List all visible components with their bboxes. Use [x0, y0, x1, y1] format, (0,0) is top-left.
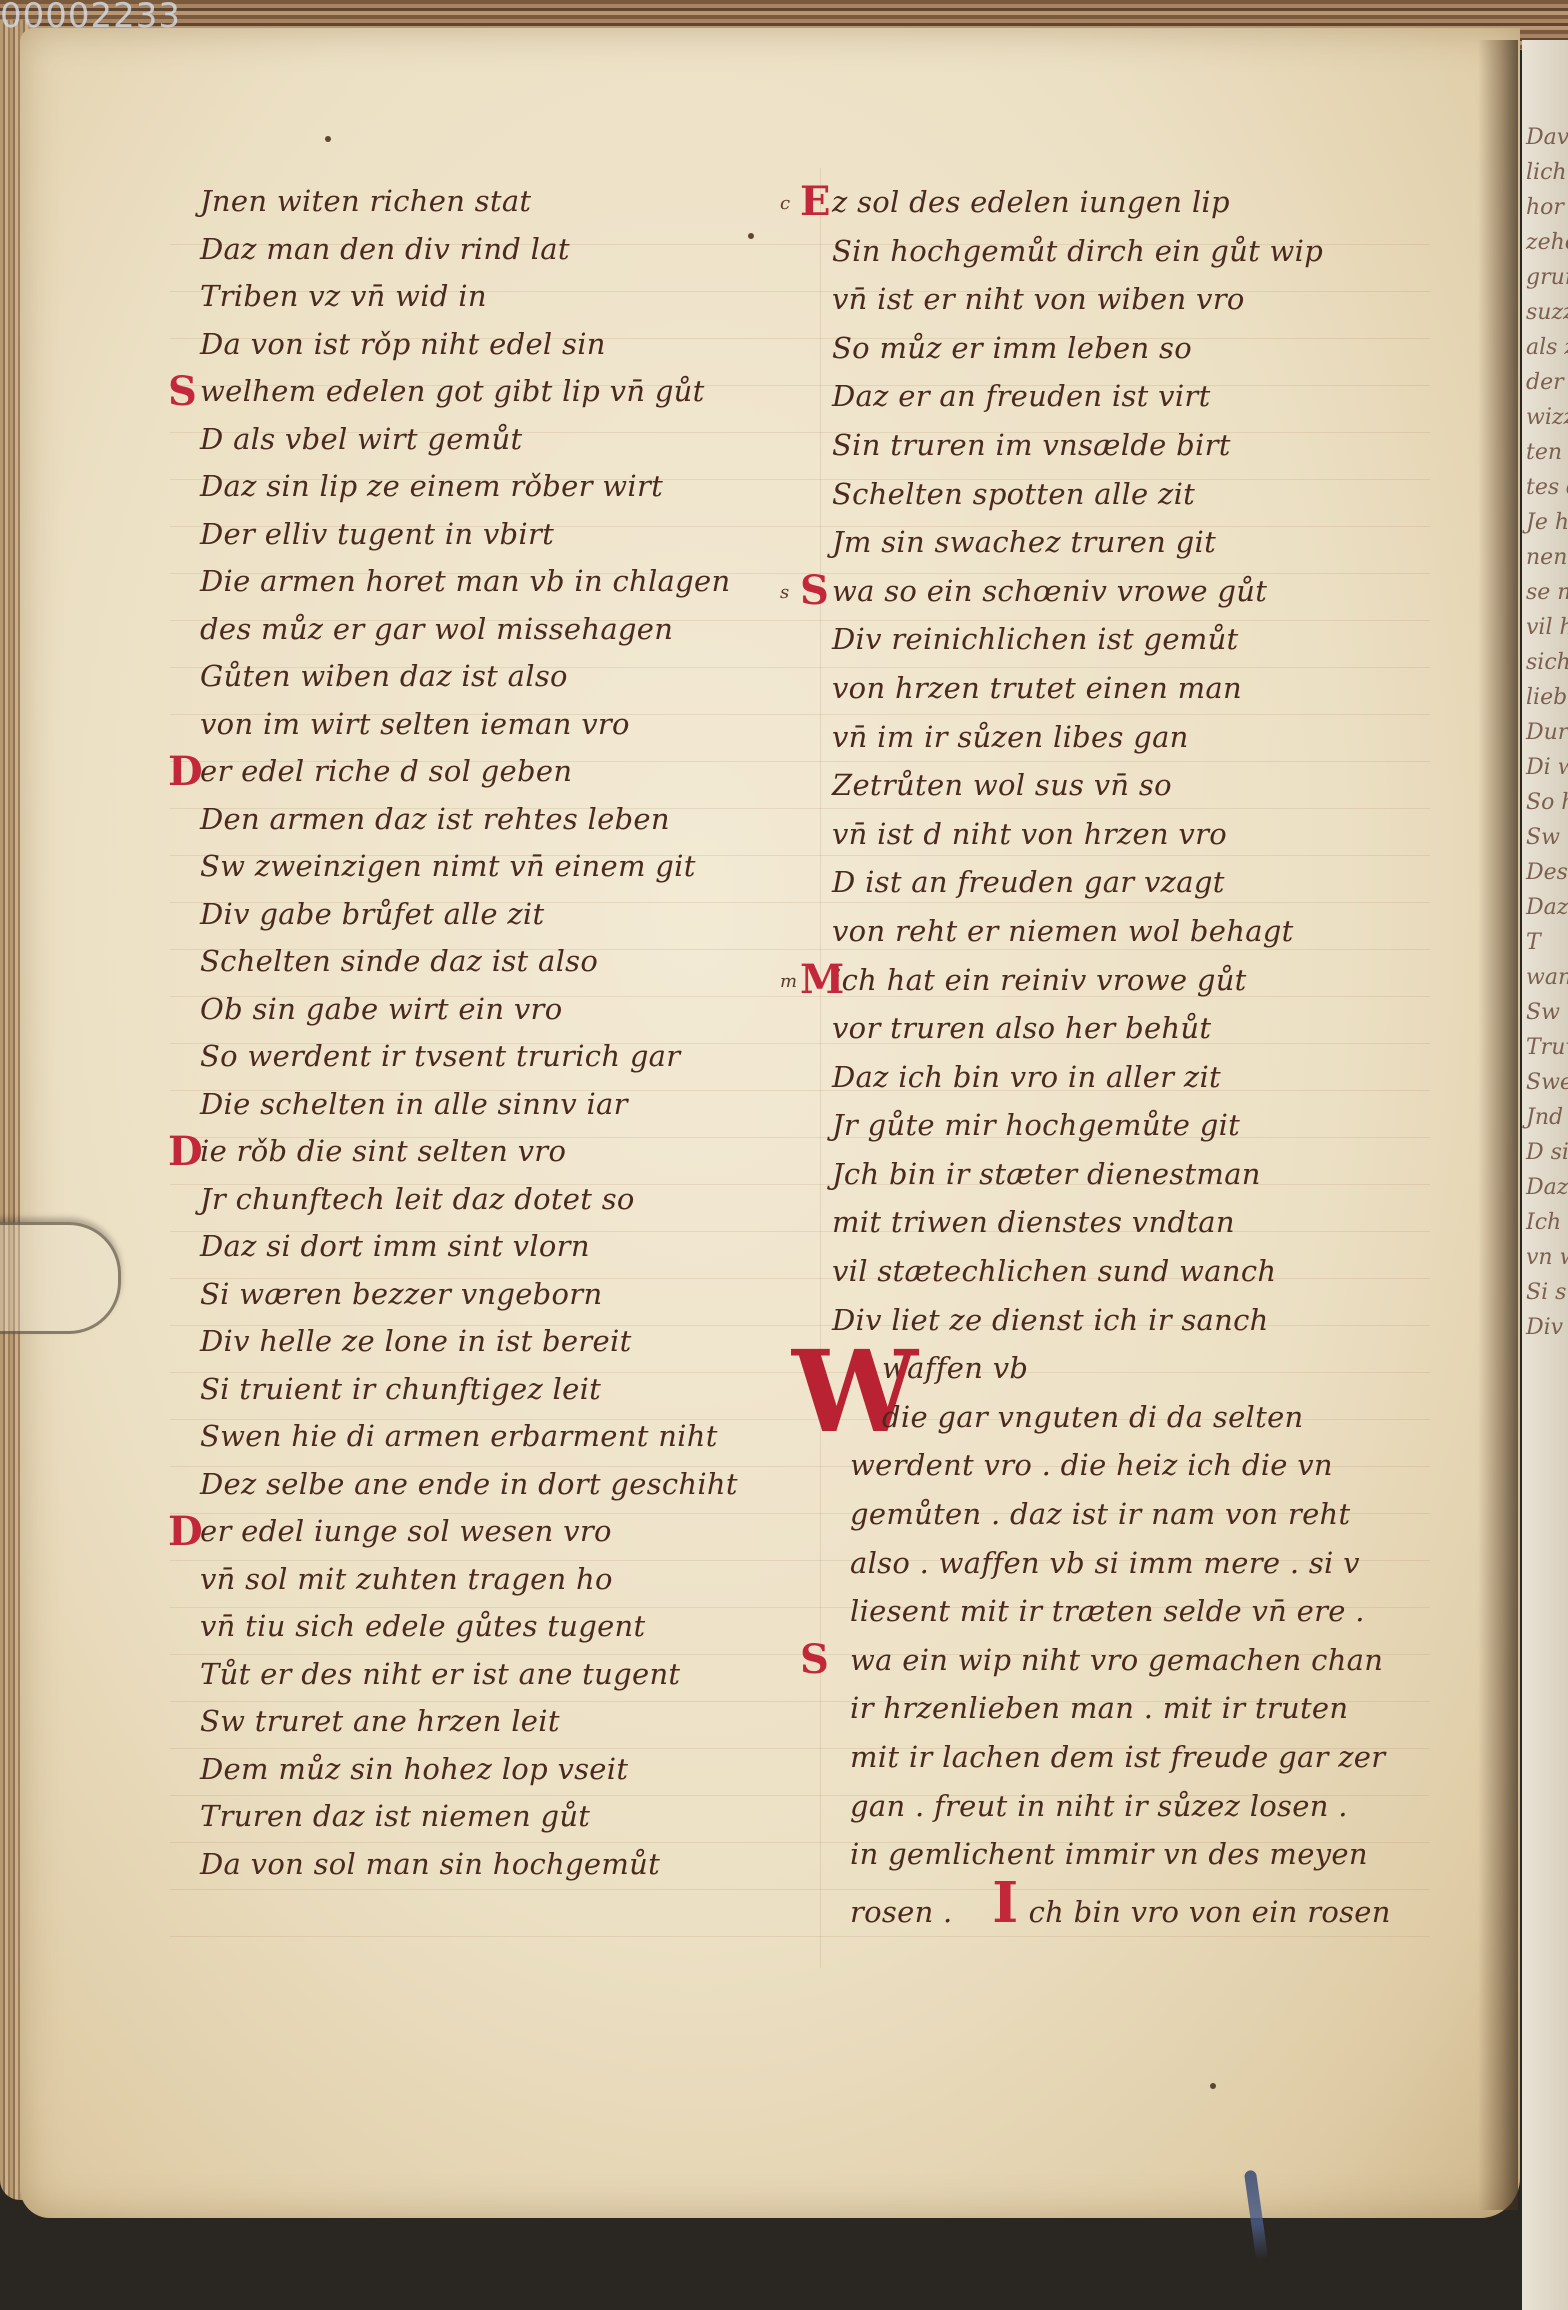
verse-text: Die schelten in alle sinnv iar [200, 1087, 628, 1121]
ink-speck [325, 136, 331, 142]
verse-line: D als vbel wirt gemůt [200, 416, 790, 464]
scan-image-number: 00002233 [0, 0, 181, 36]
verse-line: Da von ist rǒp niht edel sin [200, 321, 790, 369]
verse-text: wa so ein schœniv vrowe gůt [832, 574, 1267, 608]
verse-line: rosen . Ich bin vro von ein rosen [832, 1879, 1452, 1928]
gutter-shadow [1478, 40, 1518, 2210]
facing-page-fragment: suzz [1526, 295, 1568, 330]
verse-text: er edel iunge sol wesen vro [200, 1514, 612, 1548]
facing-page-fragment: wizze [1526, 400, 1568, 435]
verse-text: Daz er an freuden ist virt [832, 379, 1211, 413]
verse-line: Jm sin swachez truren git [832, 518, 1452, 567]
verse-text: Gůten wiben daz ist also [200, 659, 568, 693]
verse-line: So werdent ir tvsent trurich gar [200, 1033, 790, 1081]
verse-line: vn̄ tiu sich edele gůtes tugent [200, 1603, 790, 1651]
rubricated-initial: S [800, 567, 829, 616]
verse-text: ich hat ein reiniv vrowe gůt [832, 963, 1247, 997]
rubricated-initial: D [168, 1508, 203, 1556]
rubricated-initial: D [168, 748, 203, 796]
verse-line: Div gabe brůfet alle zit [200, 891, 790, 939]
verse-line: von im wirt selten ieman vro [200, 701, 790, 749]
verse-text: vn̄ tiu sich edele gůtes tugent [200, 1609, 646, 1643]
verse-text: Sw truret ane hrzen leit [200, 1704, 560, 1738]
facing-page-fragment: ten le [1526, 435, 1568, 470]
facing-page-fragment: zeho [1526, 225, 1568, 260]
verse-text: vor truren also her behůt [832, 1011, 1211, 1045]
verse-line: Daz man den div rind lat [200, 226, 790, 274]
verse-line: vil stætechlichen sund wanch [832, 1247, 1452, 1296]
rubricator-guide-letter: c [780, 180, 790, 229]
verse-line: Dez selbe ane ende in dort geschiht [200, 1461, 790, 1509]
verse-text: liesent mit ir træten selde vn̄ ere . [850, 1594, 1365, 1628]
facing-page-fragment: lich g [1526, 155, 1568, 190]
verse-line: D ist an freuden gar vzagt [832, 858, 1452, 907]
facing-page-fragment: Daz [1526, 1170, 1568, 1205]
verse-line: S welhem edelen got gibt lip vn̄ gůt [200, 368, 790, 416]
verse-text: werdent vro . die heiz ich die vn [850, 1448, 1333, 1482]
verse-line: Schelten spotten alle zit [832, 470, 1452, 519]
verse-line: vn̄ im ir sůzen libes gan [832, 713, 1452, 762]
verse-line: vor truren also her behůt [832, 1004, 1452, 1053]
verse-line: Jr gůte mir hochgemůte git [832, 1101, 1452, 1150]
verse-text: gan . freut in niht ir sůzez losen . [850, 1789, 1348, 1823]
verse-line: Swen hie di armen erbarment niht [200, 1413, 790, 1461]
verse-text: Jr chunftech leit daz dotet so [200, 1182, 635, 1216]
facing-page-fragment: vil h [1526, 610, 1568, 645]
verse-line: mit triwen dienstes vndtan [832, 1198, 1452, 1247]
verse-text: Truren daz ist niemen gůt [200, 1799, 590, 1833]
rubricator-guide-letter: m [780, 958, 797, 1007]
ink-speck [1210, 2083, 1216, 2089]
facing-page-fragment: lieb [1526, 680, 1568, 715]
verse-line: vn̄ sol mit zuhten tragen ho [200, 1556, 790, 1604]
verse-text: Schelten sinde daz ist also [200, 944, 598, 978]
verse-line: vn̄ ist er niht von wiben vro [832, 275, 1452, 324]
verse-line: Tůt er des niht er ist ane tugent [200, 1651, 790, 1699]
verse-text: ch bin vro von ein rosen [1029, 1895, 1391, 1929]
verse-text: Tůt er des niht er ist ane tugent [200, 1657, 680, 1691]
verse-text: von im wirt selten ieman vro [200, 707, 630, 741]
facing-page-fragment: Di w [1526, 750, 1568, 785]
verse-text: Der elliv tugent in vbirt [200, 517, 554, 551]
verse-line: die gar vnguten di da selten [832, 1393, 1452, 1442]
verse-line: Daz ich bin vro in aller zit [832, 1053, 1452, 1102]
rubricated-initial: S [168, 368, 197, 416]
verse-text: Si truient ir chunftigez leit [200, 1372, 601, 1406]
verse-text: ie rǒb die sint selten vro [200, 1134, 566, 1168]
facing-page-fragment: wan [1526, 960, 1568, 995]
facing-page-fragment: Daz [1526, 890, 1568, 925]
verse-text: D als vbel wirt gemůt [200, 422, 522, 456]
verse-line: So můz er imm leben so [832, 324, 1452, 373]
verse-text: Daz man den div rind lat [200, 232, 570, 266]
verse-line: Si truient ir chunftigez leit [200, 1366, 790, 1414]
text-column-left: Jnen witen richen stat Daz man den div r… [200, 178, 790, 1888]
verse-text: Sin hochgemůt dirch ein gůt wip [832, 234, 1323, 268]
facing-page-text: Davlich ghor . nzehogrunsuzzals zder dwi… [1522, 120, 1568, 1345]
verse-line: gemůten . daz ist ir nam von reht [832, 1490, 1452, 1539]
verse-text: Jm sin swachez truren git [832, 525, 1216, 559]
verse-line: Die schelten in alle sinnv iar [200, 1081, 790, 1129]
facing-page-fragment: Ich b [1526, 1205, 1568, 1240]
verse-text: vn̄ ist er niht von wiben vro [832, 282, 1245, 316]
verse-line: Der elliv tugent in vbirt [200, 511, 790, 559]
rubricated-initial: I [992, 1870, 1019, 1936]
verse-line: in gemlichent immir vn des meyen [832, 1830, 1452, 1879]
verse-line: Sw truret ane hrzen leit [200, 1698, 790, 1746]
verse-line: Daz si dort imm sint vlorn [200, 1223, 790, 1271]
verse-text: Dem můz sin hohez lop vseit [200, 1752, 628, 1786]
facing-page-fragment: Div [1526, 1310, 1568, 1345]
verse-text: Div reinichlichen ist gemůt [832, 622, 1239, 656]
verse-text: Swen hie di armen erbarment niht [200, 1419, 718, 1453]
verse-text: wa ein wip niht vro gemachen chan [850, 1643, 1383, 1677]
facing-page-fragment: Jnd [1526, 1100, 1568, 1135]
verse-line: ir hrzenlieben man . mit ir truten [832, 1684, 1452, 1733]
verse-text: Si wæren bezzer vngeborn [200, 1277, 602, 1311]
rubricated-initial: E [800, 178, 831, 227]
verse-text: Div helle ze lone in ist bereit [200, 1324, 632, 1358]
facing-page-fragment: Truw [1526, 1030, 1568, 1065]
verse-line: Si wæren bezzer vngeborn [200, 1271, 790, 1319]
verse-line: Jr chunftech leit daz dotet so [200, 1176, 790, 1224]
facing-page-fragment: Je h [1526, 505, 1568, 540]
verse-text: Sin truren im vnsælde birt [832, 428, 1231, 462]
verse-line: Div liet ze dienst ich ir sanch [832, 1296, 1452, 1345]
verse-text: Jnen witen richen stat [200, 184, 531, 218]
facing-page-fragment: sich [1526, 645, 1568, 680]
verse-text: Div gabe brůfet alle zit [200, 897, 544, 931]
verse-text: Da von ist rǒp niht edel sin [200, 327, 606, 361]
facing-page-fragment: Durch [1526, 715, 1568, 750]
verse-line: Gůten wiben daz ist also [200, 653, 790, 701]
verse-line: vn̄ ist d niht von hrzen vro [832, 810, 1452, 859]
facing-page-fragment: Swel [1526, 1065, 1568, 1100]
verse-line: Sin truren im vnsælde birt [832, 421, 1452, 470]
verse-text: also . waffen vb si imm mere . si v [850, 1546, 1360, 1580]
verse-line: werdent vro . die heiz ich die vn [832, 1441, 1452, 1490]
verse-text: des můz er gar wol missehagen [200, 612, 673, 646]
facing-page-fragment: hor . n [1526, 190, 1568, 225]
verse-text: Den armen daz ist rehtes leben [200, 802, 670, 836]
verse-text: Triben vz vn̄ wid in [200, 279, 487, 313]
verse-line: Den armen daz ist rehtes leben [200, 796, 790, 844]
verse-text: Jch bin ir stæter dienestman [832, 1157, 1261, 1191]
verse-text: So werdent ir tvsent trurich gar [200, 1039, 680, 1073]
verse-text: z sol des edelen iungen lip [832, 185, 1230, 219]
verse-text: in gemlichent immir vn des meyen [850, 1837, 1368, 1871]
text-column-right: E z sol des edelen iungen lip c Sin hoch… [832, 178, 1452, 1927]
verse-line: Zetrůten wol sus vn̄ so [832, 761, 1452, 810]
verse-line: von reht er niemen wol behagt [832, 907, 1452, 956]
verse-line: D er edel iunge sol wesen vro [200, 1508, 790, 1556]
rubricated-initial: S [800, 1636, 829, 1685]
facing-page-fragment: der d [1526, 365, 1568, 400]
verse-line: mit ir lachen dem ist freude gar zer [832, 1733, 1452, 1782]
verse-line: Da von sol man sin hochgemůt [200, 1841, 790, 1889]
verse-line: D er edel riche d sol geben [200, 748, 790, 796]
facing-page-fragment: Des [1526, 855, 1568, 890]
facing-page-fragment: vn w [1526, 1240, 1568, 1275]
verse-line: Dem můz sin hohez lop vseit [200, 1746, 790, 1794]
rubricated-initial: M [800, 956, 845, 1005]
verse-text: Schelten spotten alle zit [832, 477, 1195, 511]
facing-page-fragment: Dav [1526, 120, 1568, 155]
facing-page-fragment: So ha [1526, 785, 1568, 820]
verse-line: Daz er an freuden ist virt [832, 372, 1452, 421]
verse-text: So můz er imm leben so [832, 331, 1192, 365]
verse-text: Daz ich bin vro in aller zit [832, 1060, 1221, 1094]
verse-text: ir hrzenlieben man . mit ir truten [850, 1691, 1348, 1725]
facing-page-edge: Davlich ghor . nzehogrunsuzzals zder dwi… [1522, 40, 1568, 2310]
verse-text: Daz sin lip ze einem rǒber wirt [200, 469, 663, 503]
rubricated-initial: D [168, 1128, 203, 1176]
verse-line: waffen vb W [832, 1344, 1452, 1393]
verse-text: vn̄ ist d niht von hrzen vro [832, 817, 1227, 851]
verse-text: Sw zweinzigen nimt vn̄ einem git [200, 849, 696, 883]
verse-text: Jr gůte mir hochgemůte git [832, 1108, 1240, 1142]
verse-line: Div reinichlichen ist gemůt [832, 615, 1452, 664]
verse-line: Ob sin gabe wirt ein vro [200, 986, 790, 1034]
verse-text: er edel riche d sol geben [200, 754, 572, 788]
verse-text: mit triwen dienstes vndtan [832, 1205, 1235, 1239]
facing-page-fragment: Si s [1526, 1275, 1568, 1310]
verse-text: vn̄ im ir sůzen libes gan [832, 720, 1189, 754]
verse-line: Jch bin ir stæter dienestman [832, 1150, 1452, 1199]
page-clip [0, 1222, 121, 1334]
facing-page-fragment: T [1526, 925, 1568, 960]
verse-line: also . waffen vb si imm mere . si v [832, 1539, 1452, 1588]
verse-line: liesent mit ir træten selde vn̄ ere . [832, 1587, 1452, 1636]
verse-line: D ie rǒb die sint selten vro [200, 1128, 790, 1176]
verse-text: vn̄ sol mit zuhten tragen ho [200, 1562, 613, 1596]
facing-page-fragment: tes d [1526, 470, 1568, 505]
verse-line: des můz er gar wol missehagen [200, 606, 790, 654]
verse-text: die gar vnguten di da selten [882, 1400, 1304, 1434]
verse-line: S wa so ein schœniv vrowe gůt s [832, 567, 1452, 616]
verse-line: Daz sin lip ze einem rǒber wirt [200, 463, 790, 511]
verse-text: welhem edelen got gibt lip vn̄ gůt [200, 374, 705, 408]
facing-page-fragment: D si [1526, 1135, 1568, 1170]
verse-line: E z sol des edelen iungen lip c [832, 178, 1452, 227]
verse-line: Schelten sinde daz ist also [200, 938, 790, 986]
verse-line: S wa ein wip niht vro gemachen chan [832, 1636, 1452, 1685]
verse-text: Dez selbe ane ende in dort geschiht [200, 1467, 738, 1501]
verse-text: gemůten . daz ist ir nam von reht [850, 1497, 1350, 1531]
verse-line: Triben vz vn̄ wid in [200, 273, 790, 321]
verse-line: Div helle ze lone in ist bereit [200, 1318, 790, 1366]
facing-page-fragment: grun [1526, 260, 1568, 295]
verse-text: mit ir lachen dem ist freude gar zer [850, 1740, 1385, 1774]
verse-line: Sw zweinzigen nimt vn̄ einem git [200, 843, 790, 891]
verse-line: Sin hochgemůt dirch ein gůt wip [832, 227, 1452, 276]
verse-text: von hrzen trutet einen man [832, 671, 1242, 705]
verse-text: D ist an freuden gar vzagt [832, 865, 1225, 899]
verse-text: Ob sin gabe wirt ein vro [200, 992, 562, 1026]
rubricator-guide-letter: s [780, 569, 790, 618]
verse-text: Die armen horet man vb in chlagen [200, 564, 730, 598]
facing-page-fragment: Sw w [1526, 820, 1568, 855]
facing-page-fragment: Sw [1526, 995, 1568, 1030]
verse-line: gan . freut in niht ir sůzez losen . [832, 1782, 1452, 1831]
facing-page-fragment: als z [1526, 330, 1568, 365]
verse-line: M ich hat ein reiniv vrowe gůt m [832, 956, 1452, 1005]
verse-text: Daz si dort imm sint vlorn [200, 1229, 590, 1263]
verse-text: von reht er niemen wol behagt [832, 914, 1294, 948]
verse-text: rosen . [850, 1895, 953, 1929]
facing-page-fragment: nen [1526, 540, 1568, 575]
facing-page-fragment: se m [1526, 575, 1568, 610]
verse-line: Jnen witen richen stat [200, 178, 790, 226]
verse-text: Da von sol man sin hochgemůt [200, 1847, 660, 1881]
verse-text: vil stætechlichen sund wanch [832, 1254, 1276, 1288]
verse-line: Truren daz ist niemen gůt [200, 1793, 790, 1841]
verse-text: Zetrůten wol sus vn̄ so [832, 768, 1172, 802]
verse-line: von hrzen trutet einen man [832, 664, 1452, 713]
verse-line: Die armen horet man vb in chlagen [200, 558, 790, 606]
